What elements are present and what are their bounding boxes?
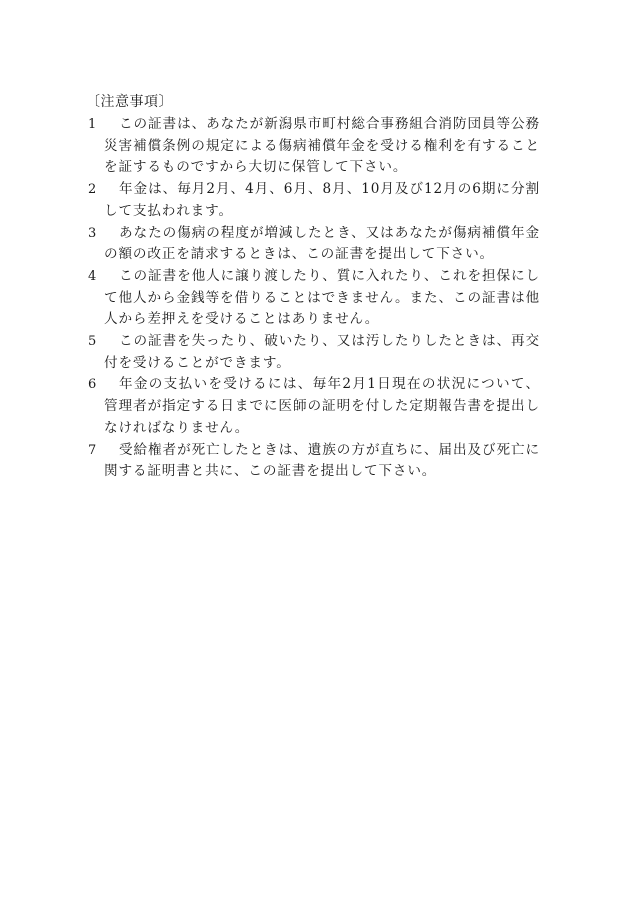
notes-list: 1 この証書は、あなたが新潟県市町村総合事務組合消防団員等公務災害補償条例の規定…	[88, 114, 540, 483]
note-number: 3	[88, 223, 102, 245]
notes-heading: 〔注意事項〕	[86, 92, 173, 113]
note-item-7: 7 受給権者が死亡したときは、遺族の方が直ちに、届出及び死亡に関する証明書と共に…	[88, 440, 540, 483]
note-text: 年金は、毎月2月、4月、6月、8月、10月及び12月の6期に分割して支払われます…	[104, 179, 540, 222]
note-item-4: 4 この証書を他人に譲り渡したり、質に入れたり、これを担保にして他人から金銭等を…	[88, 266, 540, 331]
note-text: 受給権者が死亡したときは、遺族の方が直ちに、届出及び死亡に関する証明書と共に、こ…	[104, 440, 540, 483]
note-number: 6	[88, 374, 102, 396]
note-item-6: 6 年金の支払いを受けるには、毎年2月1日現在の状況について、管理者が指定する日…	[88, 374, 540, 439]
note-item-5: 5 この証書を失ったり、破いたり、又は汚したりしたときは、再交付を受けることがで…	[88, 331, 540, 374]
note-text: 年金の支払いを受けるには、毎年2月1日現在の状況について、管理者が指定する日まで…	[104, 374, 540, 439]
note-text: あなたの傷病の程度が増減したとき、又はあなたが傷病補償年金の額の改正を請求すると…	[104, 223, 540, 266]
note-number: 1	[88, 114, 102, 136]
note-item-2: 2 年金は、毎月2月、4月、6月、8月、10月及び12月の6期に分割して支払われ…	[88, 179, 540, 222]
note-text: この証書は、あなたが新潟県市町村総合事務組合消防団員等公務災害補償条例の規定によ…	[104, 114, 540, 179]
document-page: 〔注意事項〕 1 この証書は、あなたが新潟県市町村総合事務組合消防団員等公務災害…	[0, 0, 630, 903]
note-number: 5	[88, 331, 102, 353]
note-number: 4	[88, 266, 102, 288]
note-number: 7	[88, 440, 102, 462]
note-item-1: 1 この証書は、あなたが新潟県市町村総合事務組合消防団員等公務災害補償条例の規定…	[88, 114, 540, 179]
note-number: 2	[88, 179, 102, 201]
note-item-3: 3 あなたの傷病の程度が増減したとき、又はあなたが傷病補償年金の額の改正を請求す…	[88, 223, 540, 266]
note-text: この証書を他人に譲り渡したり、質に入れたり、これを担保にして他人から金銭等を借り…	[104, 266, 540, 331]
note-text: この証書を失ったり、破いたり、又は汚したりしたときは、再交付を受けることができま…	[104, 331, 540, 374]
